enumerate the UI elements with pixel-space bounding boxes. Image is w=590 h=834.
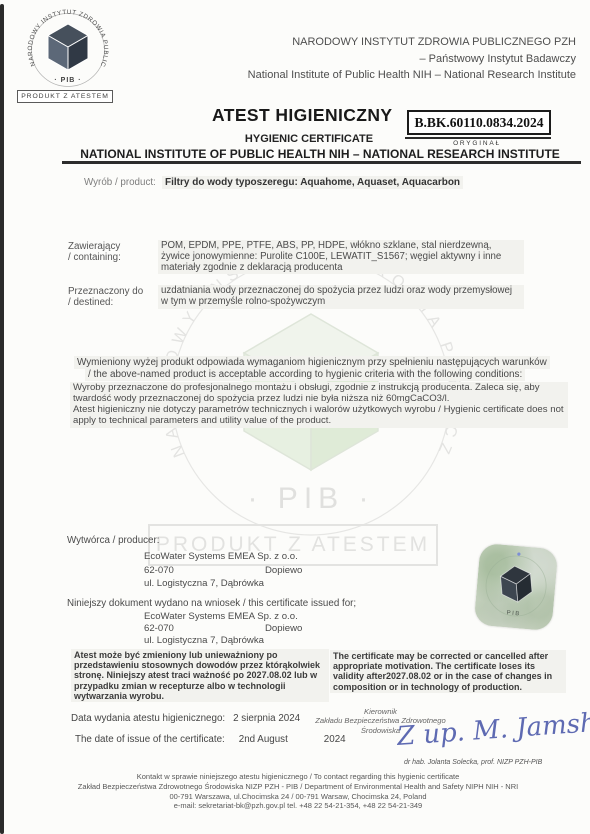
conditions-intro-en: / the above-named product is acceptable … [85,368,525,381]
logo-pib-text: · PIB · [54,77,81,84]
issue-date-pl-label: Data wydania atestu higienicznego: [71,713,225,724]
applicant-city: Dopiewo [265,623,302,634]
certificate-number: B.BK.60110.0834.2024 [407,110,551,135]
institute-title: NATIONAL INSTITUTE OF PUBLIC HEALTH NIH … [58,147,582,161]
certificate-title-en: HYGIENIC CERTIFICATE [219,133,399,145]
signatory-role-1: Kierownik [298,707,463,716]
producer-street: ul. Logistyczna 7, Dąbrówka [144,578,264,589]
containing-value: POM, EPDM, PPE, PTFE, ABS, PP, HDPE, włó… [158,240,524,274]
issue-date-pl-value: 2 sierpnia 2024 [233,713,300,724]
producer-label: Wytwórca / producer: [67,535,159,546]
signatory-name: dr hab. Jolanta Solecka, prof. NIZP PZH-… [404,759,542,766]
product-value: Filtry do wody typoszeregu: Aquahome, Aq… [162,176,463,189]
footer-line-1: Kontakt w sprawie niniejszego atestu hig… [42,772,554,782]
certificate-page: NARODOWY INSTYTUT ZDROWIA PUBLICZNEGO · … [0,0,590,834]
seal-graphic: PIB [474,543,559,631]
org-line-en: National Institute of Public Health NIH … [146,67,576,84]
seal-pib-text: PIB [506,610,521,617]
conditions-para-1: Wyroby przeznaczone do profesjonalnego m… [70,382,568,406]
footer-line-3: 00-791 Warszawa, ul.Chocimska 24 / 00-79… [42,792,554,802]
validity-note-en: The certificate may be corrected or canc… [330,650,566,693]
issue-date-en-year: 2024 [324,734,346,745]
applicant-postal: 62-070 [144,623,174,634]
seal-monogram-icon [500,565,533,603]
destined-label-en: / destined: [68,297,143,308]
destined-label-pl: Przeznaczony do [68,286,143,297]
hologram-seal: PIB [474,543,559,631]
applicant-street: ul. Logistyczna 7, Dąbrówka [144,635,264,646]
org-line-pl: NARODOWY INSTYTUT ZDROWIA PUBLICZNEGO PZ… [146,34,576,51]
containing-label-pl: Zawierający [68,241,121,252]
issue-date-en-label: The date of issue of the certificate: [75,734,225,745]
conditions-para-2: Atest higieniczny nie dotyczy parametrów… [70,404,568,428]
applicant-name: EcoWater Systems EMEA Sp. z o.o. [144,611,298,622]
certificate-number-underline [405,137,551,139]
product-label: Wyrób / product: [84,177,156,188]
producer-city: Dopiewo [265,565,302,576]
validity-note-pl: Atest może być zmieniony lub unieważnion… [71,649,329,702]
org-line-pib: – Państwowy Instytut Badawczy [146,51,576,68]
destined-value: uzdatniania wody przeznaczonej do spożyc… [158,285,524,309]
certificate-title-pl: ATEST HIGIENICZNY [212,105,393,126]
footer-line-2: Zakład Bezpieczeństwa Zdrowotnego Środow… [42,782,554,792]
issue-date-en-value: 2nd August [239,734,288,745]
issue-date-pl: Data wydania atestu higienicznego:2 sier… [71,713,300,724]
destined-label: Przeznaczony do / destined: [68,286,143,308]
footer-line-4: e-mail: sekretariat-bk@pzh.gov.pl tel. +… [42,801,554,811]
scan-edge-artifact [0,4,4,834]
watermark-pib-text: · PIB · [247,482,374,515]
issue-date-en: The date of issue of the certificate:2nd… [75,734,346,745]
seal-blue-dot [517,552,520,555]
footer-contact-block: Kontakt w sprawie niniejszego atestu hig… [42,772,554,811]
applicant-label: Niniejszy dokument wydano na wniosek / t… [67,598,356,609]
producer-postal: 62-070 [144,565,174,576]
logo-badge: PRODUKT Z ATESTEM [17,90,113,103]
containing-label: Zawierający / containing: [68,241,121,263]
logo-monogram-icon [48,24,88,70]
containing-label-en: / containing: [68,252,121,263]
original-label: ORYGINAŁ [407,140,547,147]
pzh-logo: NARODOWY INSTYTUT ZDROWIA PUBLICZNEGO · … [14,6,122,100]
org-name-block: NARODOWY INSTYTUT ZDROWIA PUBLICZNEGO PZ… [146,34,576,84]
producer-name: EcoWater Systems EMEA Sp. z o.o. [144,551,298,562]
title-rule [62,161,581,164]
